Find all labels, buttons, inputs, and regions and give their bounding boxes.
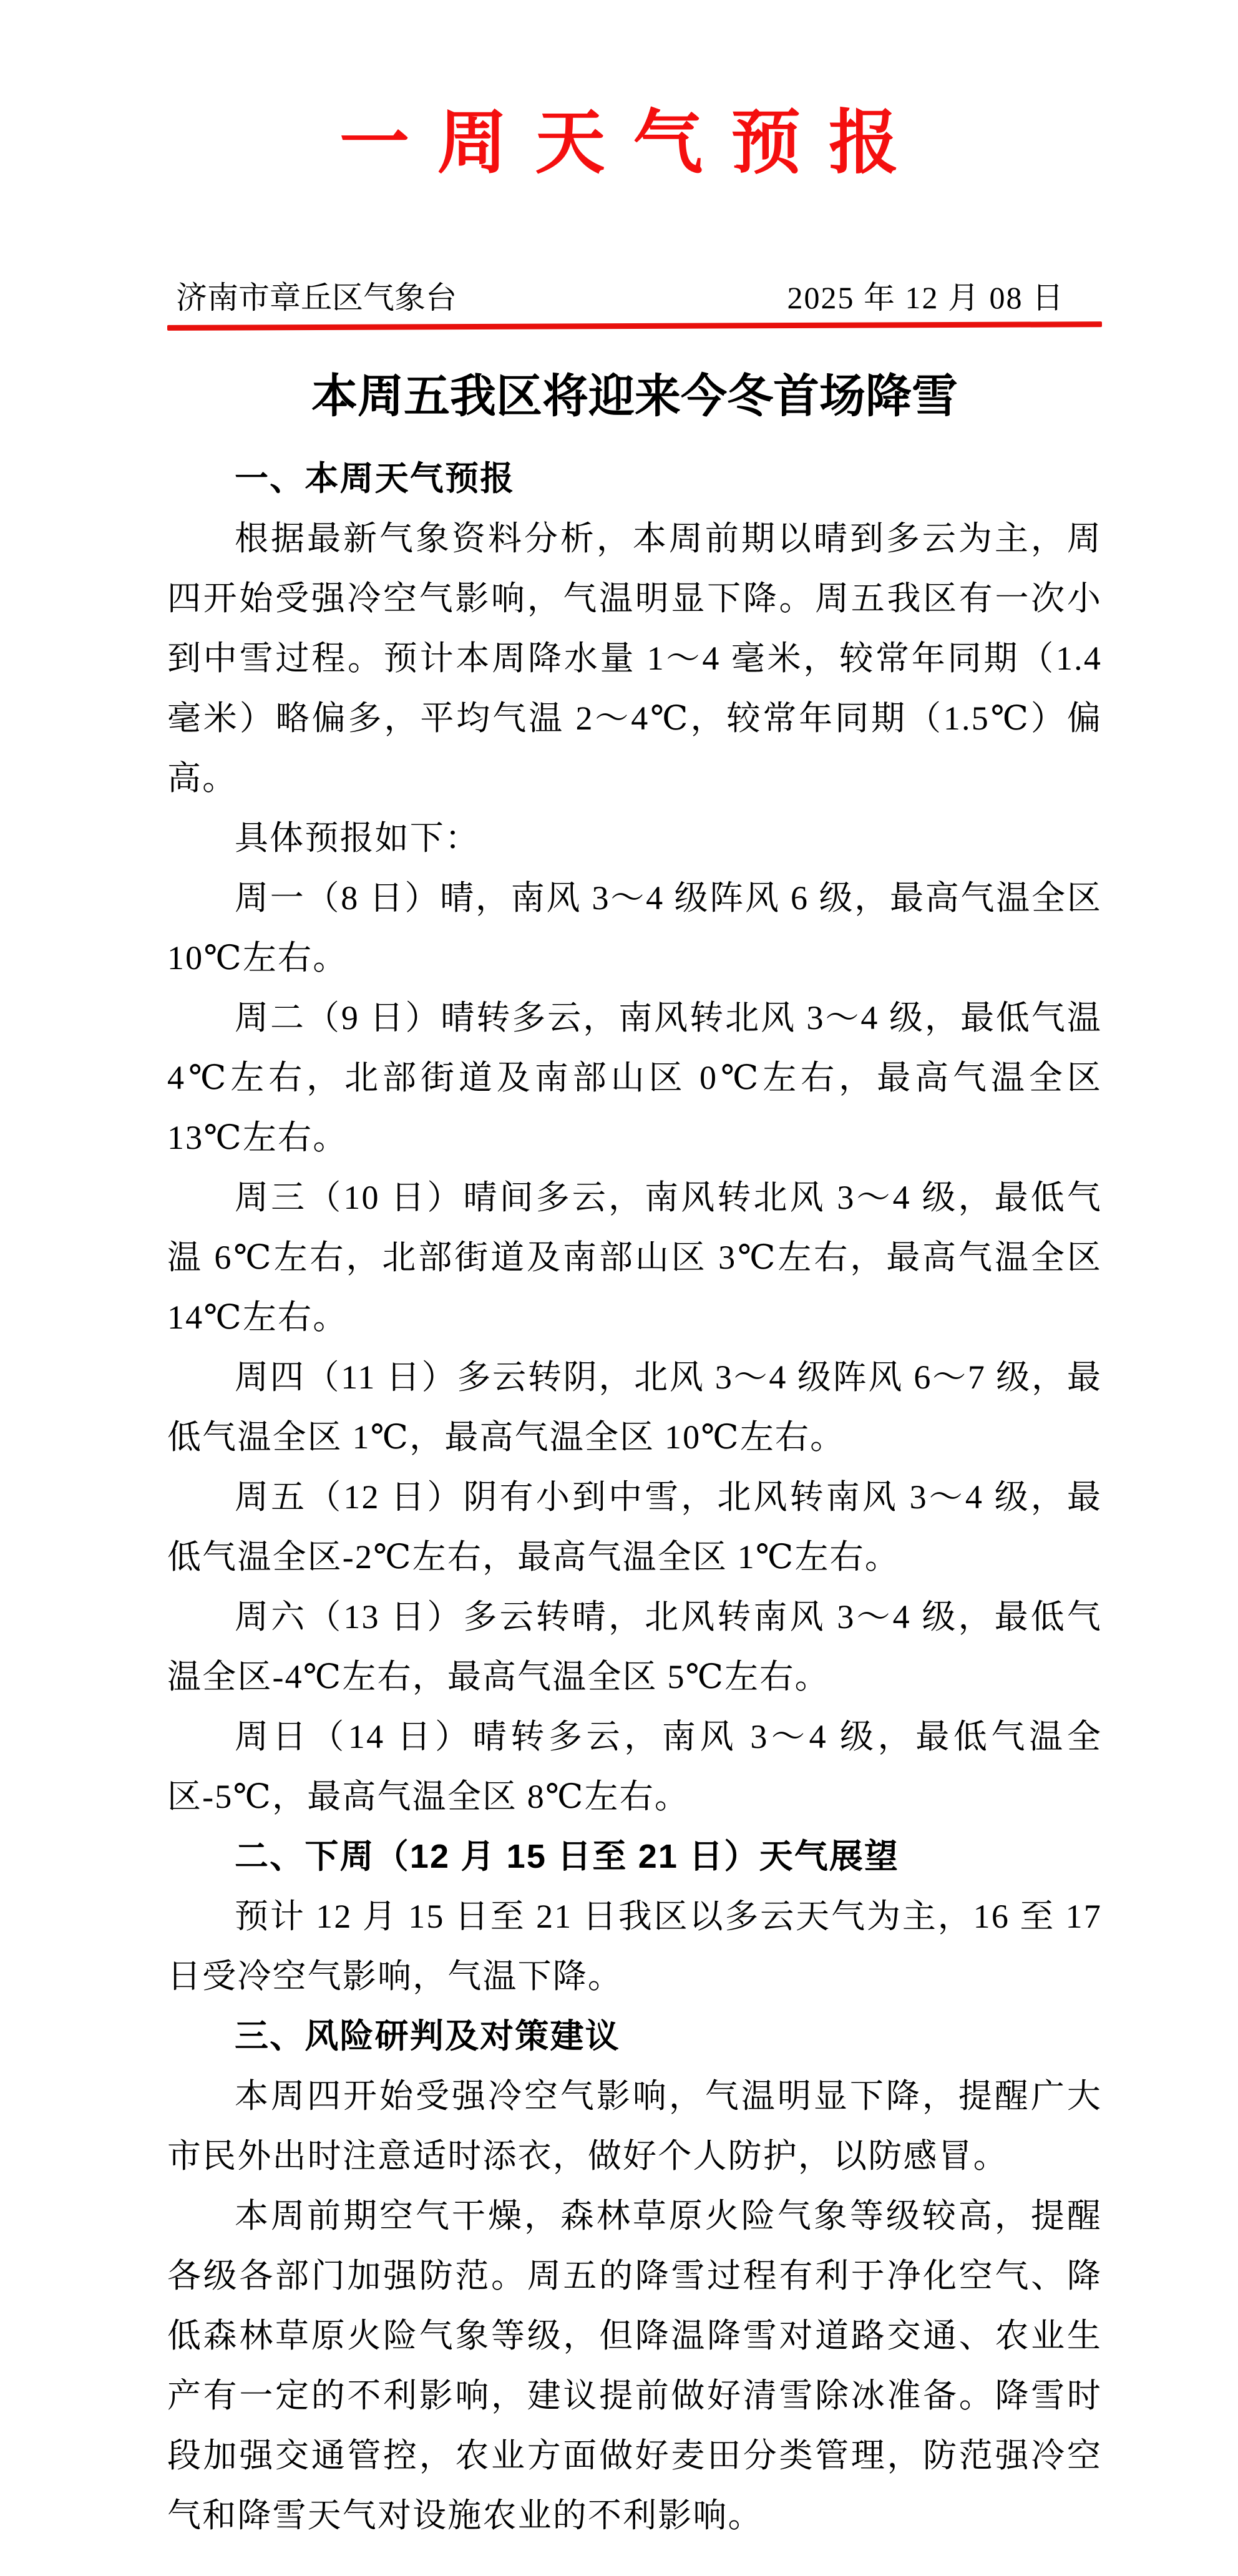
article-headline: 本周五我区将迎来今冬首场降雪 bbox=[167, 369, 1102, 425]
forecast-paragraph-sunday: 周日（14 日）晴转多云，南风 3～4 级，最低气温全区-5℃，最高气温全区 8… bbox=[167, 1707, 1102, 1827]
section-heading-weekly-forecast: 一、本周天气预报 bbox=[167, 449, 1102, 509]
forecast-paragraph-thursday: 周四（11 日）多云转阴，北风 3～4 级阵风 6～7 级，最低气温全区 1℃，… bbox=[167, 1347, 1102, 1467]
risk-advice-paragraph-fire-snow: 本周前期空气干燥，森林草原火险气象等级较高，提醒各级各部门加强防范。周五的降雪过… bbox=[167, 2186, 1102, 2545]
forecast-detail-intro: 具体预报如下： bbox=[167, 808, 1102, 868]
section-next-week-outlook: 二、下周（12 月 15 日至 21 日）天气展望 预计 12 月 15 日至 … bbox=[167, 1827, 1102, 2006]
section-risk-advice: 三、风险研判及对策建议 本周四开始受强冷空气影响，气温明显下降，提醒广大市民外出… bbox=[167, 2006, 1102, 2545]
bulletin-masthead-title: 一周天气预报 bbox=[0, 0, 1238, 192]
forecast-paragraph-monday: 周一（8 日）晴，南风 3～4 级阵风 6 级，最高气温全区 10℃左右。 bbox=[167, 868, 1102, 988]
forecast-paragraph-wednesday: 周三（10 日）晴间多云，南风转北风 3～4 级，最低气温 6℃左右，北部街道及… bbox=[167, 1168, 1102, 1347]
forecast-paragraph-tuesday: 周二（9 日）晴转多云，南风转北风 3～4 级，最低气温 4℃左右，北部街道及南… bbox=[167, 988, 1102, 1168]
issue-date: 2025 年 12 月 08 日 bbox=[787, 281, 1065, 315]
article-body: 一、本周天气预报 根据最新气象资料分析，本周前期以晴到多云为主，周四开始受强冷空… bbox=[167, 449, 1102, 2545]
bulletin-meta-row: 济南市章丘区气象台 2025 年 12 月 08 日 bbox=[167, 281, 1102, 315]
weather-bulletin-page: 一周天气预报 济南市章丘区气象台 2025 年 12 月 08 日 本周五我区将… bbox=[0, 0, 1238, 2576]
risk-advice-paragraph-cold-air: 本周四开始受强冷空气影响，气温明显下降，提醒广大市民外出时注意适时添衣，做好个人… bbox=[167, 2066, 1102, 2186]
bulletin-content: 济南市章丘区气象台 2025 年 12 月 08 日 本周五我区将迎来今冬首场降… bbox=[167, 281, 1102, 2545]
next-week-outlook-paragraph: 预计 12 月 15 日至 21 日我区以多云天气为主，16 至 17 日受冷空… bbox=[167, 1886, 1102, 2006]
section-heading-risk-advice: 三、风险研判及对策建议 bbox=[167, 2006, 1102, 2066]
section-heading-next-week-outlook: 二、下周（12 月 15 日至 21 日）天气展望 bbox=[167, 1827, 1102, 1886]
forecast-paragraph-saturday: 周六（13 日）多云转晴，北风转南风 3～4 级，最低气温全区-4℃左右，最高气… bbox=[167, 1587, 1102, 1707]
forecast-paragraph-friday: 周五（12 日）阴有小到中雪，北风转南风 3～4 级，最低气温全区-2℃左右，最… bbox=[167, 1467, 1102, 1587]
forecast-overview-paragraph: 根据最新气象资料分析，本周前期以晴到多云为主，周四开始受强冷空气影响，气温明显下… bbox=[167, 509, 1102, 808]
issuing-agency: 济南市章丘区气象台 bbox=[176, 281, 457, 315]
header-divider-rule bbox=[167, 321, 1102, 331]
section-weekly-forecast: 一、本周天气预报 根据最新气象资料分析，本周前期以晴到多云为主，周四开始受强冷空… bbox=[167, 449, 1102, 1827]
